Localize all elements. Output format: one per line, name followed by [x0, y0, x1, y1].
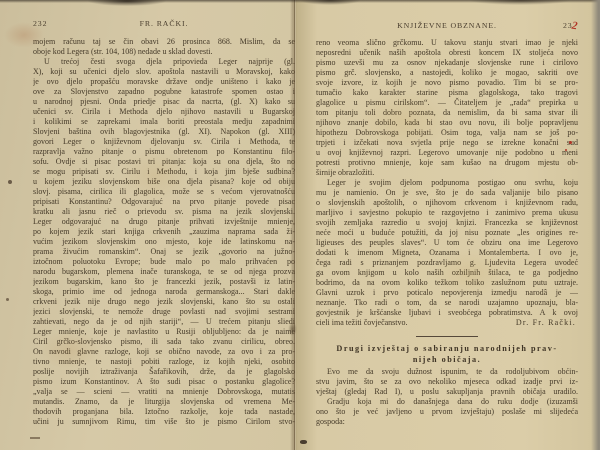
text-line: mutandis. Znamo, da je liturgija slovjen…	[33, 397, 295, 407]
text-line: poslije novijih iztraživanja Šafařikovih…	[33, 367, 295, 377]
text-line: Glavni uzrok i prvo poticalo nepovjerenj…	[316, 288, 578, 298]
red-ink-speck	[565, 149, 567, 151]
text-line: učini ju sumnjivom Rimu, tim više što je…	[33, 417, 295, 427]
left-page: 232 FR. RAČKI. mojem računu taj se čin o…	[0, 0, 296, 450]
right-page-body: reno veoma slično grčkomu. U takovu stan…	[316, 38, 578, 438]
running-header: FR. RAČKI.	[140, 19, 189, 28]
text-line: u ovoj književnoj razpri. Legerovo umova…	[316, 148, 578, 158]
text-line: X), koji su učenici djelo slov. apoštola…	[33, 67, 295, 77]
author-signature: Dr. Fr. Rački.	[516, 318, 578, 328]
text-line: hipothezu Dobrovskoga pobijati. Osim tog…	[316, 128, 578, 138]
text-line: govori Leger o književnom djelovanju sv.…	[33, 137, 295, 147]
text-line: mu je namienio. On je sve, što je do sad…	[316, 188, 578, 198]
text-line: Leger mnienje, koje je navlastito u Rusi…	[33, 327, 295, 337]
text-line: ono što je već javljeno u prvom izvješta…	[316, 407, 578, 417]
text-line: crkveni jezik nije drugo nego jezik slov…	[33, 297, 295, 307]
text-line: u kojem jeziku slovjenskom biše ona djel…	[33, 177, 295, 187]
text-line: se mogu pripisati sv. Cirilu i Methodu, …	[33, 167, 295, 177]
text-line: „valja se — scieni — vratiti na mnienje …	[33, 387, 295, 397]
text-line: Gradju koja mi do današnjega dana do ruk…	[316, 397, 578, 407]
text-line: reno veoma slično grčkomu. U takovu stan…	[316, 38, 578, 48]
text-line: ga ovom knjigom u kolo naših ozbiljnih š…	[316, 268, 578, 278]
section-heading: nijeh običaja.	[316, 354, 578, 365]
text-line: po kojem jezik stari knjiga crkvenih „za…	[33, 227, 295, 237]
text-line: pismo uzevši mu za osnov njekadanje slov…	[316, 58, 578, 68]
text-line: pripisati Konstantinu? Odgovarajuć na pr…	[33, 197, 295, 207]
crease-fold-mark	[288, 322, 297, 336]
text-line: kratku ali jasnu rieč o prievodu sv. pis…	[33, 207, 295, 217]
text-line: prama živućim romanskim“. Onaj se jezik …	[33, 247, 295, 257]
text-line: iztočnom poluotoku Evrope; bude malo po …	[33, 257, 295, 267]
right-page: KNJIŽEVNE OBZNANE. 232 reno veoma slično…	[296, 0, 600, 450]
red-ink-speck	[569, 141, 572, 144]
text-line: potresti protivno mnienje, koje sam kuša…	[316, 158, 578, 168]
left-page-header: 232 FR. RAČKI.	[33, 19, 295, 28]
ink-speck	[300, 440, 307, 444]
text-line: tumačio kako karakter starine pisma glag…	[316, 88, 578, 98]
text-line: trpjeti i izčekati nova svjetla prije ne…	[316, 138, 578, 148]
text-line: Slovjeni baština ovih blagovjestnika (gl…	[33, 127, 295, 137]
text-line: skoga, primio ime od jednoga naroda germ…	[33, 287, 295, 297]
text-line: gospoda:	[316, 417, 578, 427]
text-line: glagolice u pismu cirilskom“. — Čitatelj…	[316, 98, 578, 108]
text-line: narodu bugarskom, plemena inače turansko…	[33, 267, 295, 277]
text-line: thodovih proganjana bila. Iztočno razkol…	[33, 407, 295, 417]
signature-row: cieli ima težiti čovječanstvo.Dr. Fr. Ra…	[316, 318, 578, 328]
text-line: pismo izum Konstantinov. A što sudi pisa…	[33, 377, 295, 387]
text-line: njihovo znanje dobilo, kada bi stao ovu …	[316, 118, 578, 128]
text-line: Leger je svojim djelom podpunoma postiga…	[316, 178, 578, 188]
text-line: Evo me da svoju dužnost ispunim, te da r…	[316, 367, 578, 377]
text-line: cieli ima težiti čovječanstvo.	[316, 318, 408, 328]
text-line: On navodi glavne razloge, koji se obično…	[33, 347, 295, 357]
page-block-edge	[591, 0, 600, 450]
text-line: mojem računu taj se čin obavi 26 prosinc…	[33, 37, 295, 47]
text-line: U trećoj česti svoga djela pripovieda Le…	[33, 57, 295, 67]
text-line: neznanje. Tko radi o tom, da se narodi u…	[316, 298, 578, 308]
text-line: Leger odgovarajuć na drugo pitanje prihv…	[33, 217, 295, 227]
text-line: ligieuses des peuples slaves“. U tom će …	[316, 238, 578, 248]
right-page-header: KNJIŽEVNE OBZNANE. 232	[316, 19, 578, 31]
text-line: širnije obrazložiti.	[316, 168, 578, 178]
text-line: jezikom bugarskim, kano što je francezki…	[33, 277, 295, 287]
text-line: vještaj (gledaj Rad I), u poslu sakuplja…	[316, 387, 578, 397]
text-line: o slovjenskih apoštolih, o njihovom crkv…	[316, 198, 578, 208]
text-line: svojih zemljaka razredio u svojoj knjizi…	[316, 218, 578, 228]
text-line: jezici slovjenski, te nemože druge povla…	[33, 307, 295, 317]
ink-speck	[30, 437, 40, 439]
text-line: Ciril grčko-slovjensko pismo, ili sada t…	[33, 337, 295, 347]
text-line: bodrimo, da na ovom koliko težkom toliko…	[316, 278, 578, 288]
text-line: slovj. pisama, cirilica ili glagolica, m…	[33, 187, 295, 197]
text-line: i kolikimi se zaprekami imala boriti pre…	[33, 117, 295, 127]
text-line: stvu javim, što se za ovo nekoliko mjese…	[316, 377, 578, 387]
text-line: ove za Slovjenstvo zapadno pogubne katas…	[33, 87, 295, 97]
text-line: svoje izvore, iz kojih je novo pismo pov…	[316, 78, 578, 88]
scanned-book-spread: 232 FR. RAČKI. mojem računu taj se čin o…	[0, 0, 600, 450]
left-page-body: mojem računu taj se čin obavi 26 prosinc…	[33, 37, 295, 437]
text-line: sofu. Ovdje si pisac postavi tri pitanja…	[33, 157, 295, 167]
text-line: pismo grč. slovjensko, a nastojedi, koli…	[316, 68, 578, 78]
text-line: neposredni učenik naših apoštola obresti…	[316, 48, 578, 58]
page-number: 232	[497, 19, 578, 31]
running-header: KNJIŽEVNE OBZNANE.	[397, 21, 497, 30]
section-heading: Drugi izvještaj o sabiranju narodnijeh p…	[316, 343, 578, 354]
text-line: oboje kod Legera (str. 104, 108) nedade …	[33, 47, 295, 57]
handwritten-page-number: 2	[571, 20, 579, 33]
text-line: u narodnoj pjesni. Onda priedje pisac da…	[33, 97, 295, 107]
text-line: čega radi s priznanjem pozdravljamo g. L…	[316, 258, 578, 268]
text-line: zahtievati, nego da je od njih stariji“,…	[33, 317, 295, 327]
ink-speck	[8, 180, 12, 184]
text-line: govjestnik je kršćanske ljubavi i sveobć…	[316, 308, 578, 318]
text-line: neće moći u buduće potužiti, da joj nisu…	[316, 228, 578, 238]
text-line: tivno mnienje, te nastoji pobiti razloge…	[33, 357, 295, 367]
text-line: vućim jezikom slovjenskim ono mjesto, ko…	[33, 237, 295, 247]
text-line: dodati k imenom Migneta, Ozanama i Monta…	[316, 248, 578, 258]
section-divider	[416, 336, 478, 337]
binding-crease-line	[294, 0, 295, 450]
ink-speck	[6, 298, 9, 301]
text-line: marljivo i savjestno pokupio te razgovje…	[316, 208, 578, 218]
page-number: 232	[33, 19, 140, 28]
text-line: tom pitanju toli dobro poznata, da nemis…	[316, 108, 578, 118]
text-line: razpravlja važno pitanje o pismu obreten…	[33, 147, 295, 157]
text-line: učenici sv. Cirila i Methoda djelo njiho…	[33, 107, 295, 117]
text-line: je ovo djelo propašću moravske države on…	[33, 77, 295, 87]
